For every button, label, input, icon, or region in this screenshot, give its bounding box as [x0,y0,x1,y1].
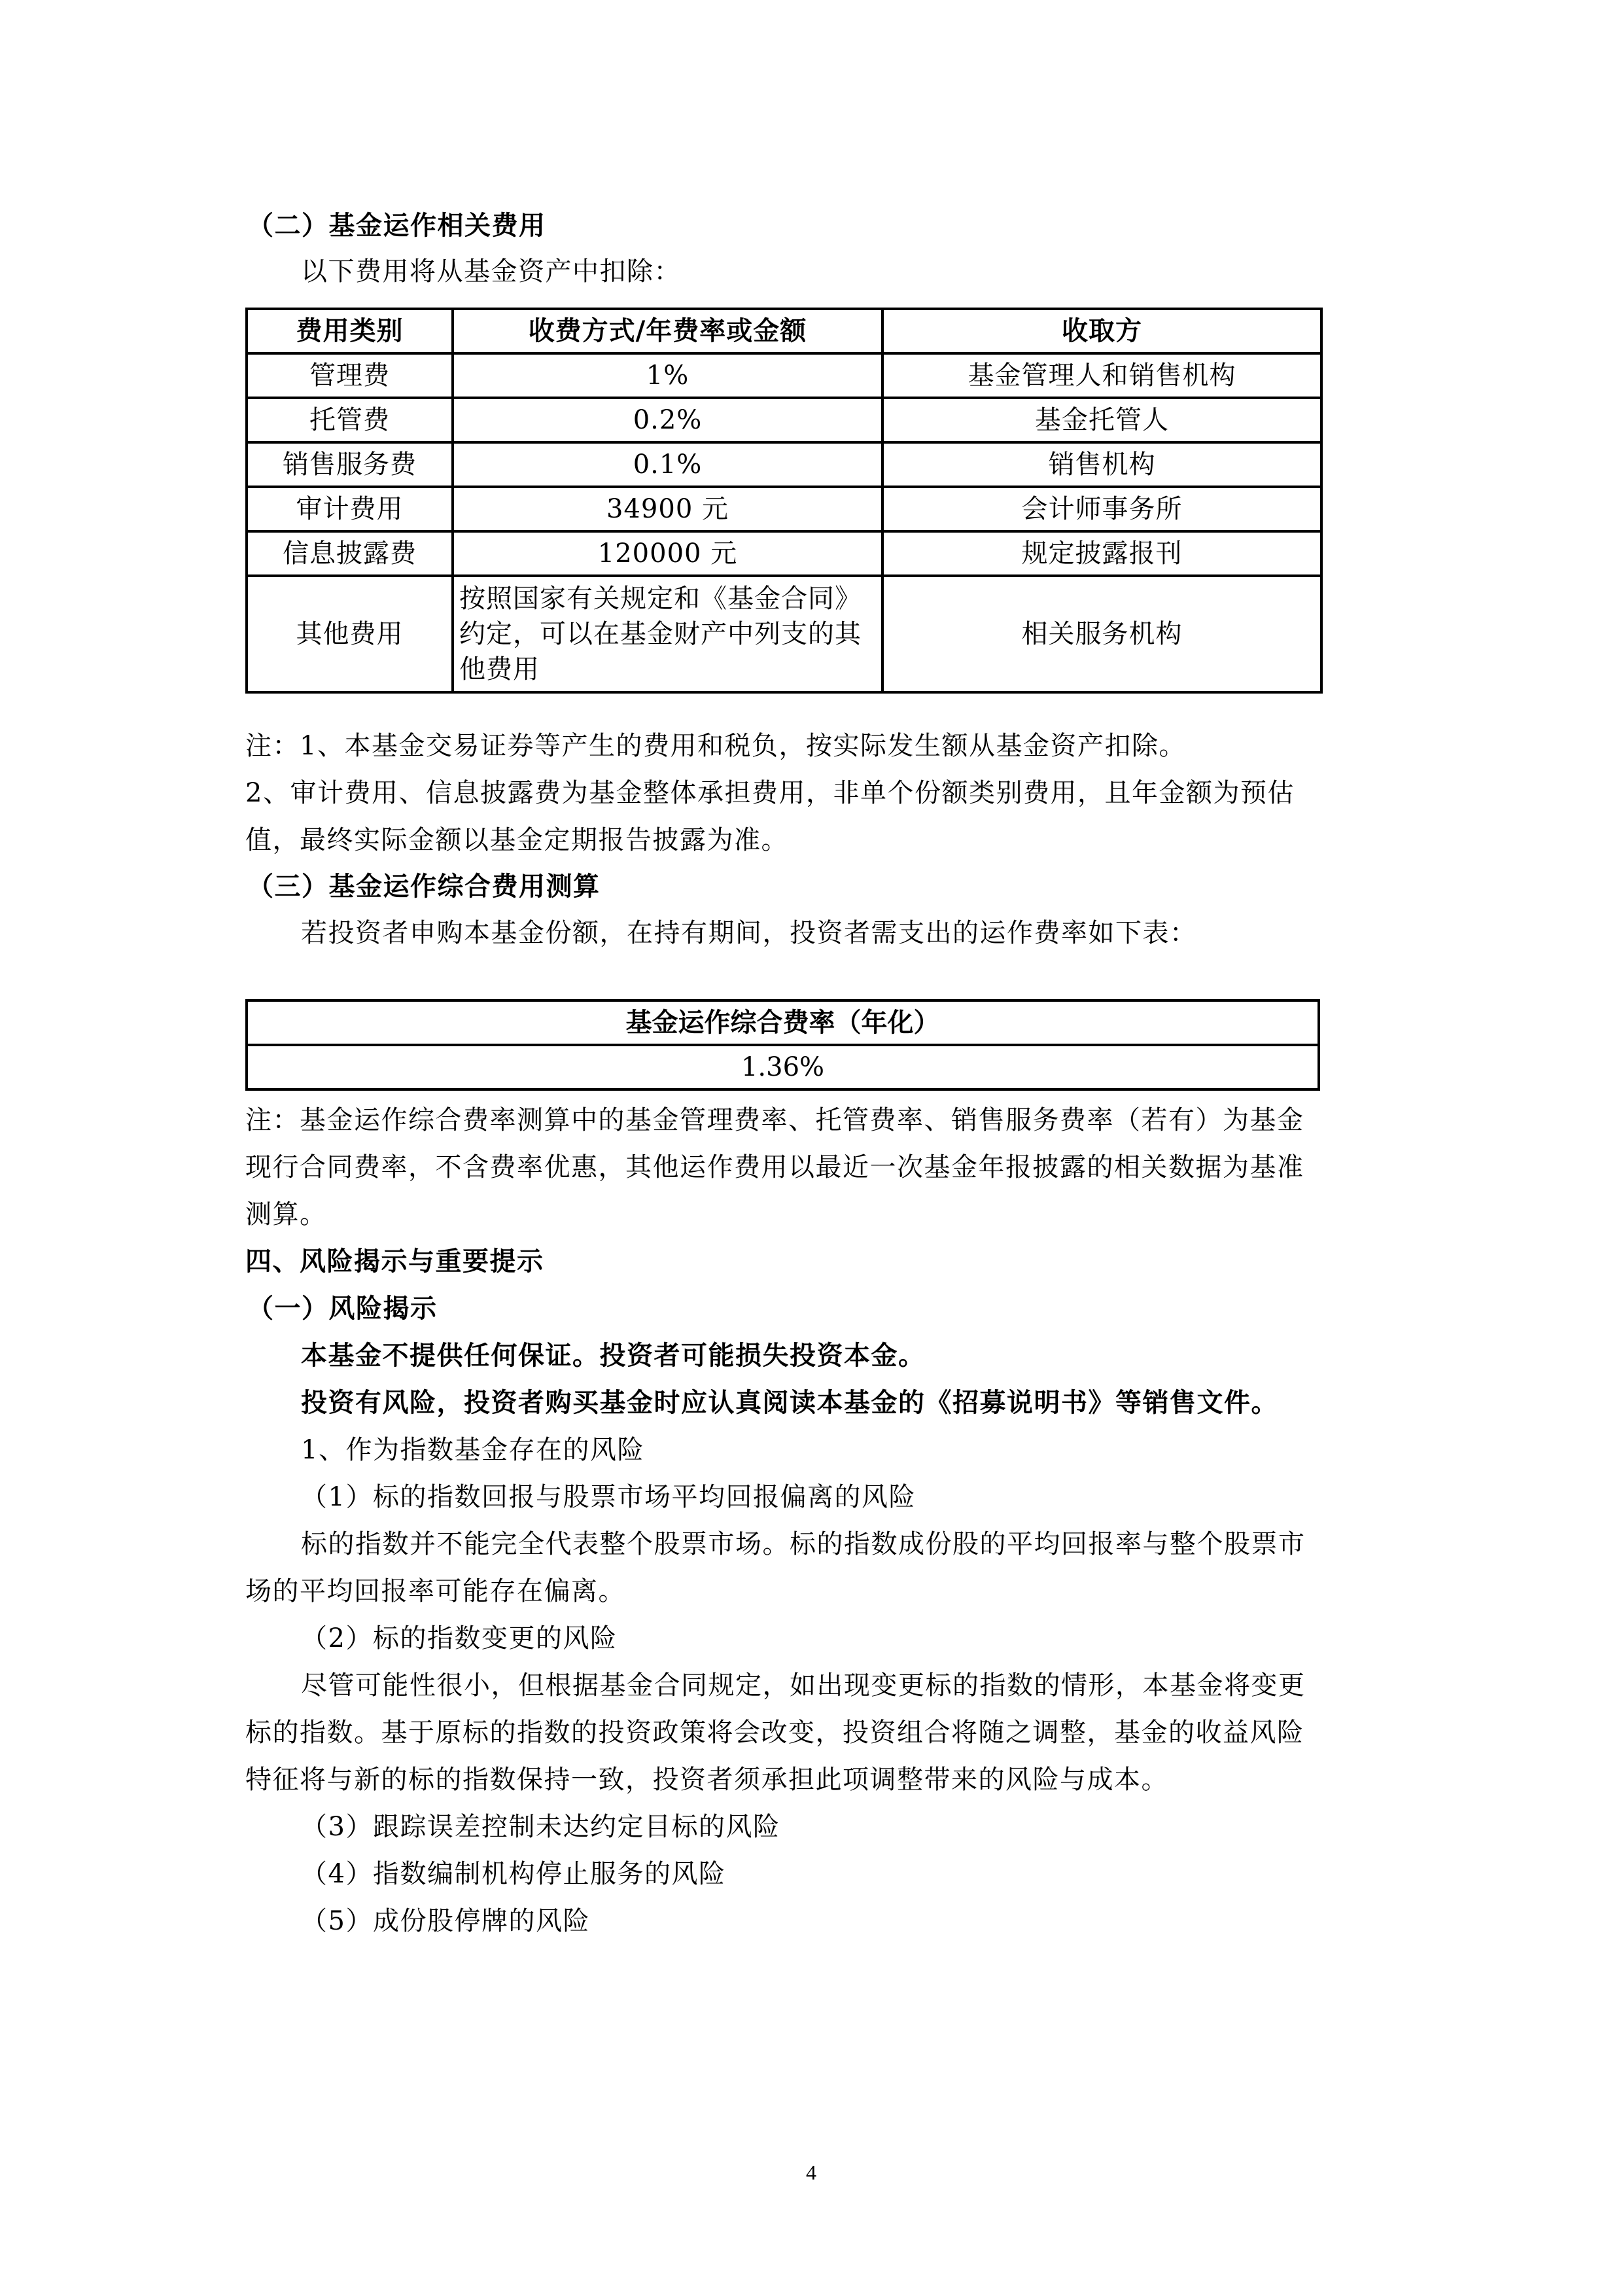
fee-recipient: 销售机构 [882,442,1321,487]
risk-1-body-line-2: 场的平均回报率可能存在偏离。 [245,1568,1331,1615]
risk-2-body-line-1: 尽管可能性很小，但根据基金合同规定，如出现变更标的指数的情形，本基金将变更 [301,1662,1387,1709]
document-page: （二）基金运作相关费用 以下费用将从基金资产中扣除： 费用类别 收费方式/年费率… [0,0,1623,2296]
fee-recipient: 基金托管人 [882,398,1321,442]
table-row: 审计费用 34900 元 会计师事务所 [247,487,1321,531]
risk-5-title: （5）成份股停牌的风险 [301,1898,1387,1945]
fee-recipient: 相关服务机构 [882,576,1321,692]
fee-category: 托管费 [247,398,453,442]
fee-rate: 0.1% [453,442,882,487]
risk-2-body-line-3: 特征将与新的标的指数保持一致，投资者须承担此项调整带来的风险与成本。 [245,1756,1331,1803]
rate-table-header: 基金运作综合费率（年化） [247,1000,1319,1045]
rate-note-line-2: 现行合同费率，不含费率优惠，其他运作费用以最近一次基金年报披露的相关数据为基准 [245,1144,1331,1191]
page-number: 4 [798,2159,824,2185]
fee-table-header-row: 费用类别 收费方式/年费率或金额 收取方 [247,309,1321,353]
risk-4-title: （4）指数编制机构停止服务的风险 [301,1850,1387,1898]
comprehensive-rate-table: 基金运作综合费率（年化） 1.36% [245,999,1320,1091]
fee-rate: 按照国家有关规定和《基金合同》约定，可以在基金财产中列支的其他费用 [453,576,882,692]
risk-warning-read-prospectus: 投资有风险，投资者购买基金时应认真阅读本基金的《招募说明书》等销售文件。 [301,1379,1387,1426]
risk-warning-no-guarantee: 本基金不提供任何保证。投资者可能损失投资本金。 [301,1332,1387,1379]
fee-recipient: 会计师事务所 [882,487,1321,531]
fee-category: 审计费用 [247,487,453,531]
fee-note-2-cont: 值，最终实际金额以基金定期报告披露为准。 [245,817,1331,864]
table-row: 管理费 1% 基金管理人和销售机构 [247,353,1321,398]
fee-category: 其他费用 [247,576,453,692]
fee-table: 费用类别 收费方式/年费率或金额 收取方 管理费 1% 基金管理人和销售机构 托… [245,308,1323,694]
fee-note-2: 2、审计费用、信息披露费为基金整体承担费用，非单个份额类别费用，且年金额为预估 [245,769,1331,817]
risk-1-body-line-1: 标的指数并不能完全代表整个股票市场。标的指数成份股的平均回报率与整个股票市 [301,1521,1387,1568]
risk-3-title: （3）跟踪误差控制未达约定目标的风险 [301,1803,1387,1850]
fee-category: 信息披露费 [247,531,453,576]
fee-rate: 0.2% [453,398,882,442]
rate-value: 1.36% [247,1045,1319,1089]
risk-2-body-line-2: 标的指数。基于原标的指数的投资政策将会改变，投资组合将随之调整，基金的收益风险 [245,1709,1331,1756]
risk-2-title: （2）标的指数变更的风险 [301,1615,1387,1662]
fee-rate: 34900 元 [453,487,882,531]
table-row: 其他费用 按照国家有关规定和《基金合同》约定，可以在基金财产中列支的其他费用 相… [247,576,1321,692]
table-row: 托管费 0.2% 基金托管人 [247,398,1321,442]
comprehensive-fee-intro: 若投资者申购本基金份额，在持有期间，投资者需支出的运作费率如下表： [301,910,1387,957]
fees-intro-text: 以下费用将从基金资产中扣除： [301,248,1387,295]
section-heading-fund-operation-fees: （二）基金运作相关费用 [247,202,1333,249]
fee-recipient: 规定披露报刊 [882,531,1321,576]
rate-table-header-row: 基金运作综合费率（年化） [247,1000,1319,1045]
fee-category: 销售服务费 [247,442,453,487]
fee-table-header-method: 收费方式/年费率或金额 [453,309,882,353]
sub-heading-risk-disclosure: （一）风险揭示 [247,1285,1333,1332]
fee-category: 管理费 [247,353,453,398]
fee-table-header-category: 费用类别 [247,309,453,353]
fee-note-1: 注：1、本基金交易证券等产生的费用和税负，按实际发生额从基金资产扣除。 [245,722,1331,769]
fee-rate: 1% [453,353,882,398]
table-row: 1.36% [247,1045,1319,1089]
risk-1-title: （1）标的指数回报与股票市场平均回报偏离的风险 [301,1474,1387,1521]
rate-note-line-1: 注：基金运作综合费率测算中的基金管理费率、托管费率、销售服务费率（若有）为基金 [245,1097,1331,1144]
table-row: 信息披露费 120000 元 规定披露报刊 [247,531,1321,576]
section-heading-comprehensive-fee: （三）基金运作综合费用测算 [247,863,1333,910]
fee-table-header-recipient: 收取方 [882,309,1321,353]
section-heading-risk: 四、风险揭示与重要提示 [245,1238,1331,1285]
table-row: 销售服务费 0.1% 销售机构 [247,442,1321,487]
fee-rate: 120000 元 [453,531,882,576]
rate-note-line-3: 测算。 [245,1191,1331,1238]
fee-recipient: 基金管理人和销售机构 [882,353,1321,398]
risk-item-index-fund: 1、作为指数基金存在的风险 [301,1426,1387,1474]
